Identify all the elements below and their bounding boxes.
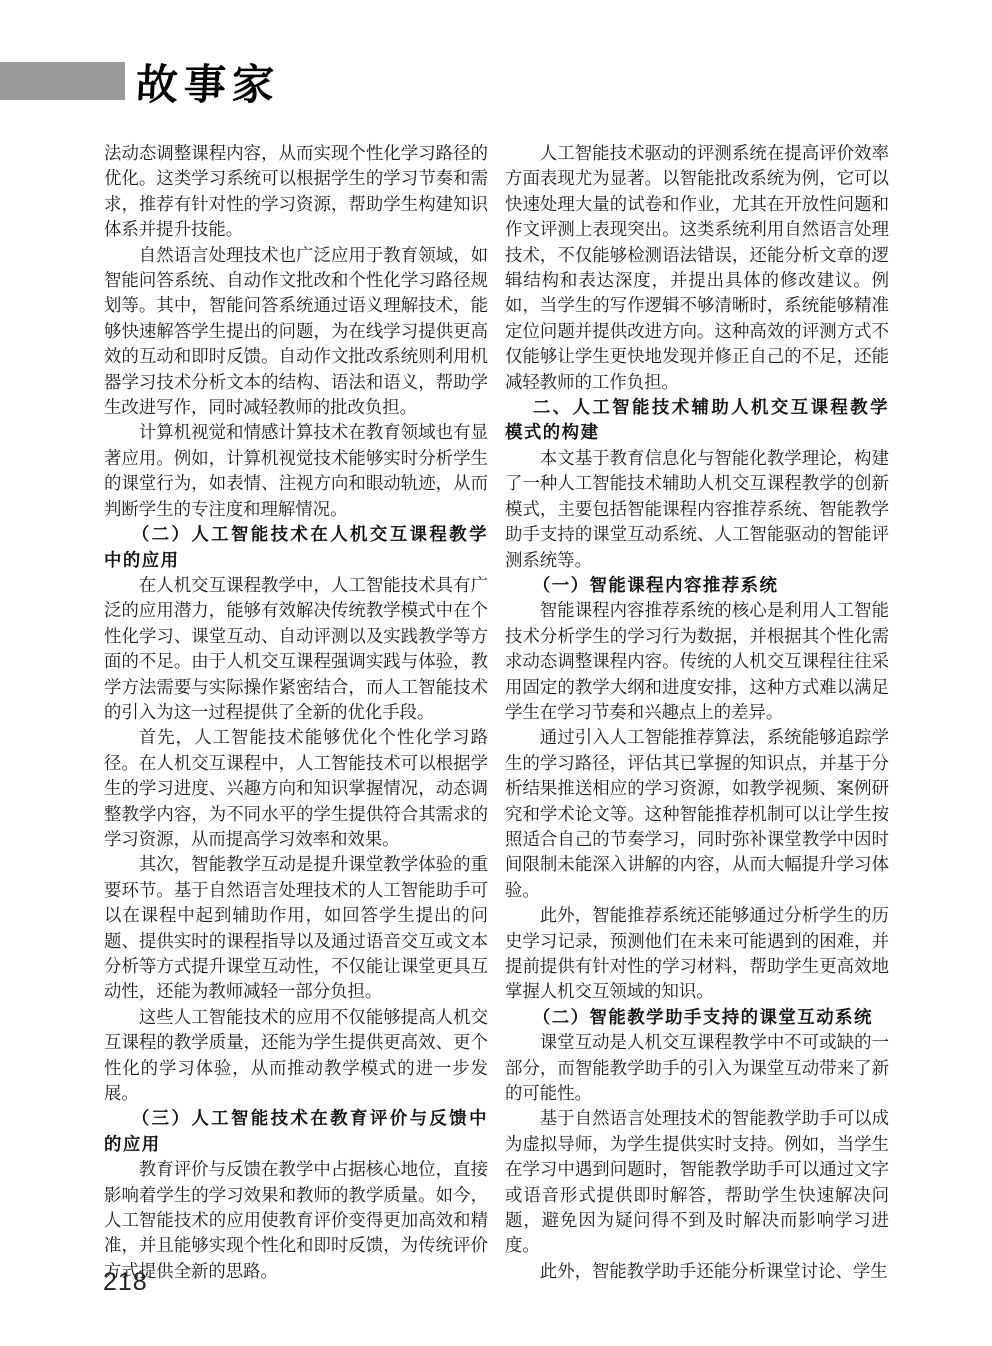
paragraph: 计算机视觉和情感计算技术在教育领域也有显著应用。例如，计算机视觉技术能够实时分析… <box>104 420 488 522</box>
paragraph: 这些人工智能技术的应用不仅能够提高人机交互课程的教学质量，还能为学生提供更高效、… <box>104 1005 488 1107</box>
paragraph: 在人机交互课程教学中，人工智能技术具有广泛的应用潜力，能够有效解决传统教学模式中… <box>104 573 488 725</box>
paragraph: 基于自然语言处理技术的智能教学助手可以成为虚拟导师，为学生提供实时支持。例如，当… <box>505 1106 889 1258</box>
section-heading: 二、人工智能技术辅助人机交互课程教学模式的构建 <box>505 395 889 446</box>
paragraph: 智能课程内容推荐系统的核心是利用人工智能技术分析学生的学习行为数据，并根据其个性… <box>505 598 889 725</box>
left-column: 法动态调整课程内容，从而实现个性化学习路径的优化。这类学习系统可以根据学生的学习… <box>104 141 488 1284</box>
paragraph: 法动态调整课程内容，从而实现个性化学习路径的优化。这类学习系统可以根据学生的学习… <box>104 141 488 243</box>
paragraph: 其次，智能教学互动是提升课堂教学体验的重要环节。基于自然语言处理技术的人工智能助… <box>104 852 488 1004</box>
section-heading: （三）人工智能技术在教育评价与反馈中的应用 <box>104 1106 488 1157</box>
header-gray-bar <box>0 62 125 100</box>
paragraph: 此外，智能教学助手还能分析课堂讨论、学生 <box>505 1259 889 1284</box>
paragraph: 通过引入人工智能推荐算法，系统能够追踪学生的学习路径，评估其已掌握的知识点，并基… <box>505 725 889 903</box>
page-number: 218 <box>103 1268 148 1297</box>
right-column: 人工智能技术驱动的评测系统在提高评价效率方面表现尤为显著。以智能批改系统为例，它… <box>505 141 889 1284</box>
paragraph: 教育评价与反馈在教学中占据核心地位，直接影响着学生的学习效果和教师的教学质量。如… <box>104 1157 488 1284</box>
journal-logo: 故事家 <box>134 52 281 112</box>
section-heading: （一）智能课程内容推荐系统 <box>505 573 889 598</box>
two-column-text-area: 法动态调整课程内容，从而实现个性化学习路径的优化。这类学习系统可以根据学生的学习… <box>104 141 889 1284</box>
paragraph: 首先，人工智能技术能够优化个性化学习路径。在人机交互课程中，人工智能技术可以根据… <box>104 725 488 852</box>
journal-page: { "page": { "logo": "故事家", "page_number"… <box>0 0 992 1346</box>
section-heading: （二）智能教学助手支持的课堂互动系统 <box>505 1005 889 1030</box>
paragraph: 此外，智能推荐系统还能够通过分析学生的历史学习记录，预测他们在未来可能遇到的困难… <box>505 903 889 1005</box>
paragraph: 课堂互动是人机交互课程教学中不可或缺的一部分，而智能教学助手的引入为课堂互动带来… <box>505 1030 889 1106</box>
paragraph: 自然语言处理技术也广泛应用于教育领域，如智能问答系统、自动作文批改和个性化学习路… <box>104 243 488 421</box>
paragraph: 人工智能技术驱动的评测系统在提高评价效率方面表现尤为显著。以智能批改系统为例，它… <box>505 141 889 395</box>
section-heading: （二）人工智能技术在人机交互课程教学中的应用 <box>104 522 488 573</box>
paragraph: 本文基于教育信息化与智能化教学理论，构建了一种人工智能技术辅助人机交互课程教学的… <box>505 446 889 573</box>
